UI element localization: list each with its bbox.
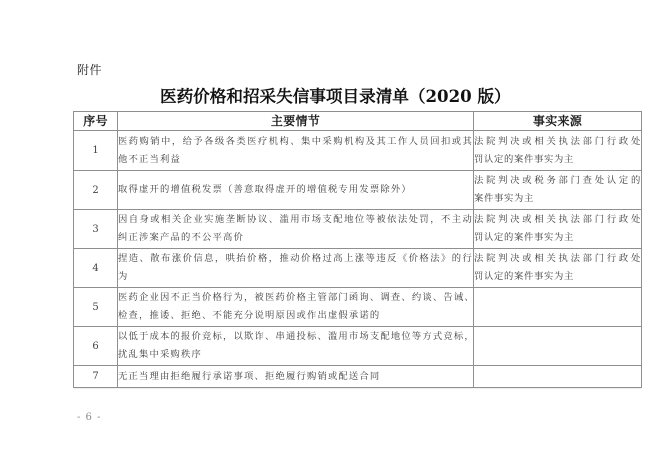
table-row: 1 医药购销中，给予各级各类医疗机构、集中采购机构及其工作人员回扣或其 他不正当…: [74, 131, 642, 171]
situation-cell: 医药购销中，给予各级各类医疗机构、集中采购机构及其工作人员回扣或其 他不正当利益: [118, 131, 474, 171]
serial-number-cell: 6: [74, 327, 118, 366]
situation-line: 医药企业因不正当价格行为，被医药价格主管部门函询、调查、约谈、告诫、: [118, 289, 473, 307]
fact-source-cell: 法院判决或税务部门查处认定的 案件事实为主: [474, 171, 642, 210]
situation-line: 为: [118, 268, 473, 286]
fact-source-line: 法院判决或相关执法部门行政处: [474, 211, 641, 229]
serial-number-cell: 7: [74, 366, 118, 388]
situation-line: 他不正当利益: [118, 151, 473, 169]
situation-line: 以低于成本的报价竞标，以欺诈、串通投标、滥用市场支配地位等方式竞标，: [118, 328, 473, 346]
header-main-circumstances: 主要情节: [118, 112, 474, 131]
situation-cell: 无正当理由拒绝履行承诺事项、拒绝履行购销或配送合同: [118, 366, 474, 388]
table-row: 6 以低于成本的报价竞标，以欺诈、串通投标、滥用市场支配地位等方式竞标， 扰乱集…: [74, 327, 642, 366]
fact-source-line: 罚认定的案件事实为主: [474, 268, 641, 286]
situation-line: 纠正涉案产品的不公平高价: [118, 229, 473, 247]
header-fact-source: 事实来源: [474, 112, 642, 131]
situation-line: 因自身或相关企业实施垄断协议、滥用市场支配地位等被依法处罚，不主动: [118, 211, 473, 229]
situation-line: 取得虚开的增值税发票（善意取得虚开的增值税专用发票除外）: [118, 181, 473, 199]
serial-number-cell: 1: [74, 131, 118, 171]
fact-source-cell-empty: [474, 366, 642, 388]
serial-number-cell: 3: [74, 210, 118, 249]
table-row: 4 捏造、散布涨价信息，哄抬价格，推动价格过高上涨等违反《价格法》的行 为 法院…: [74, 249, 642, 288]
table-row: 7 无正当理由拒绝履行承诺事项、拒绝履行购销或配送合同: [74, 366, 642, 388]
fact-source-cell: 法院判决或相关执法部门行政处 罚认定的案件事实为主: [474, 210, 642, 249]
situation-cell: 因自身或相关企业实施垄断协议、滥用市场支配地位等被依法处罚，不主动 纠正涉案产品…: [118, 210, 474, 249]
table-row: 3 因自身或相关企业实施垄断协议、滥用市场支配地位等被依法处罚，不主动 纠正涉案…: [74, 210, 642, 249]
document-title: 医药价格和招采失信事项目录清单（2020 版）: [160, 86, 502, 106]
fact-source-line: 罚认定的案件事实为主: [474, 151, 641, 169]
fact-source-line: 法院判决或相关执法部门行政处: [474, 250, 641, 268]
situation-cell: 取得虚开的增值税发票（善意取得虚开的增值税专用发票除外）: [118, 171, 474, 210]
situation-line: 无正当理由拒绝履行承诺事项、拒绝履行购销或配送合同: [118, 368, 473, 386]
serial-number-cell: 5: [74, 288, 118, 327]
fact-source-cell: 法院判决或相关执法部门行政处 罚认定的案件事实为主: [474, 131, 642, 171]
attachment-label: 附件: [77, 63, 102, 77]
situation-line: 检查，推诿、拒绝、不能充分说明原因或作出虚假承诺的: [118, 307, 473, 325]
fact-source-line: 法院判决或相关执法部门行政处: [474, 133, 641, 151]
serial-number-cell: 4: [74, 249, 118, 288]
fact-source-cell: 法院判决或相关执法部门行政处 罚认定的案件事实为主: [474, 249, 642, 288]
header-serial-number: 序号: [74, 112, 118, 131]
situation-line: 医药购销中，给予各级各类医疗机构、集中采购机构及其工作人员回扣或其: [118, 133, 473, 151]
situation-line: 扰乱集中采购秩序: [118, 346, 473, 364]
page-number: - 6 -: [77, 412, 101, 423]
dishonesty-items-table: 序号 主要情节 事实来源 1 医药购销中，给予各级各类医疗机构、集中采购机构及其…: [73, 111, 642, 388]
table-header-row: 序号 主要情节 事实来源: [74, 112, 642, 131]
fact-source-cell-empty: [474, 288, 642, 327]
situation-line: 捏造、散布涨价信息，哄抬价格，推动价格过高上涨等违反《价格法》的行: [118, 250, 473, 268]
fact-source-cell-empty: [474, 327, 642, 366]
situation-cell: 捏造、散布涨价信息，哄抬价格，推动价格过高上涨等违反《价格法》的行 为: [118, 249, 474, 288]
table-row: 2 取得虚开的增值税发票（善意取得虚开的增值税专用发票除外） 法院判决或税务部门…: [74, 171, 642, 210]
serial-number-cell: 2: [74, 171, 118, 210]
fact-source-line: 罚认定的案件事实为主: [474, 229, 641, 247]
situation-cell: 以低于成本的报价竞标，以欺诈、串通投标、滥用市场支配地位等方式竞标， 扰乱集中采…: [118, 327, 474, 366]
table-row: 5 医药企业因不正当价格行为，被医药价格主管部门函询、调查、约谈、告诫、 检查，…: [74, 288, 642, 327]
fact-source-line: 案件事实为主: [474, 190, 641, 208]
fact-source-line: 法院判决或税务部门查处认定的: [474, 172, 641, 190]
situation-cell: 医药企业因不正当价格行为，被医药价格主管部门函询、调查、约谈、告诫、 检查，推诿…: [118, 288, 474, 327]
